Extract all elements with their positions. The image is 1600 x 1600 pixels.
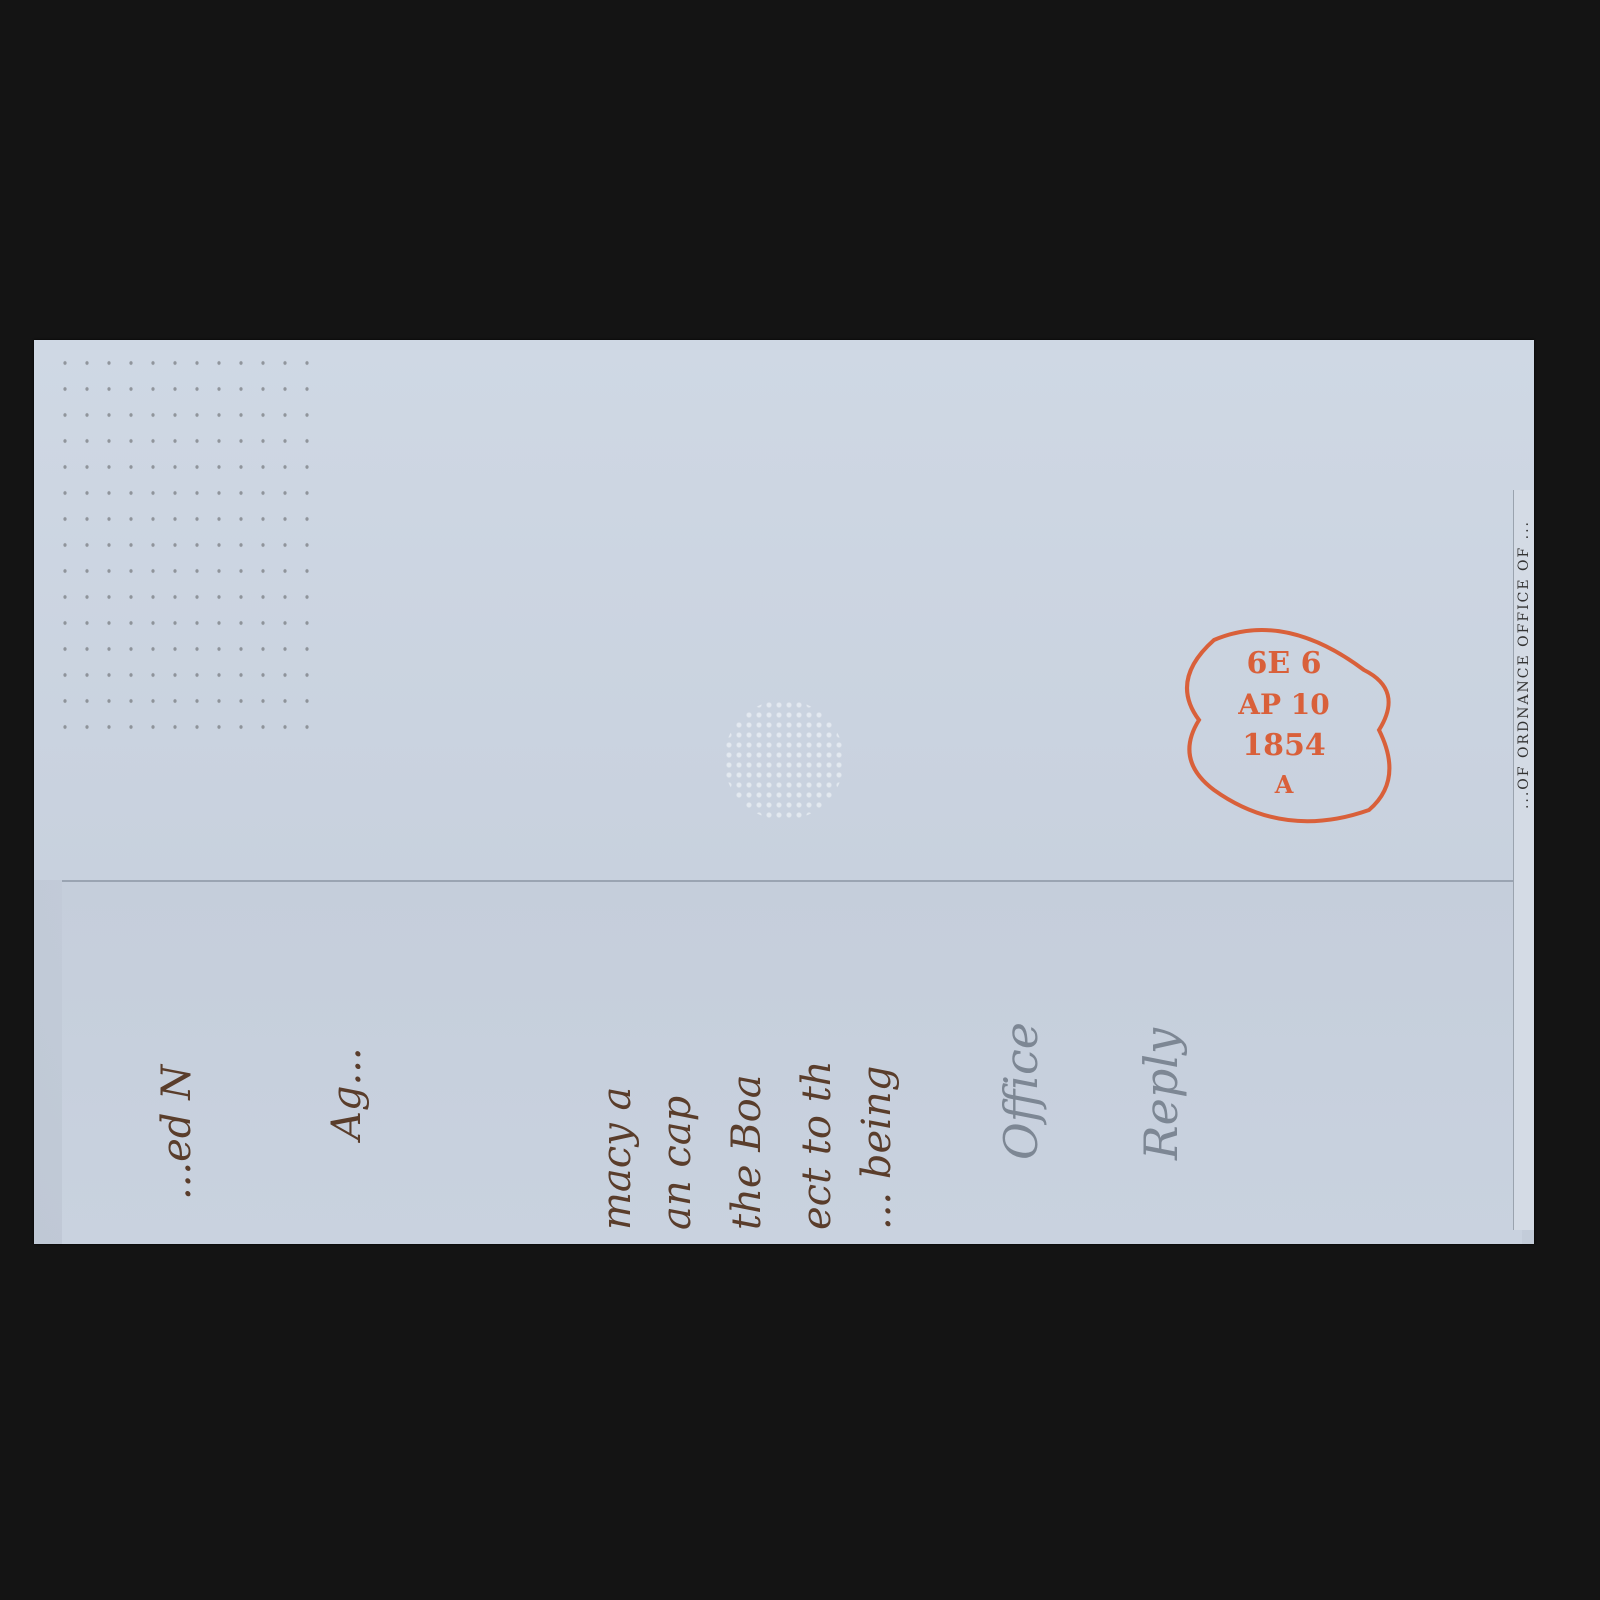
- letter-sheet: ...OF ORDNANCE OFFICE OF ... 6E 6 AP 10 …: [34, 340, 1534, 1244]
- ink-line: macy a: [594, 900, 640, 1230]
- pencil-line: Reply: [1134, 910, 1188, 1160]
- postmark-line3: 1854: [1154, 728, 1414, 763]
- bottom-flap: [62, 880, 1522, 1244]
- ink-line: ect to th: [794, 900, 840, 1230]
- ink-line: an cap: [654, 900, 700, 1230]
- postmark-line2: AP 10: [1154, 688, 1414, 721]
- edge-print-text: ...OF ORDNANCE OFFICE OF ...: [1516, 520, 1532, 809]
- cancel-marks: [54, 350, 314, 730]
- postmark-line1: 6E 6: [1154, 646, 1414, 681]
- ink-line: ... being: [854, 900, 900, 1230]
- ink-line: the Boa: [724, 900, 770, 1230]
- postmark: 6E 6 AP 10 1854 A: [1154, 580, 1414, 840]
- embossed-seal: [724, 700, 844, 820]
- ink-line: Ag...: [324, 960, 370, 1140]
- postmark-line4: A: [1154, 770, 1414, 799]
- ink-line: ...ed N: [154, 900, 200, 1200]
- pencil-line: Office: [994, 910, 1048, 1160]
